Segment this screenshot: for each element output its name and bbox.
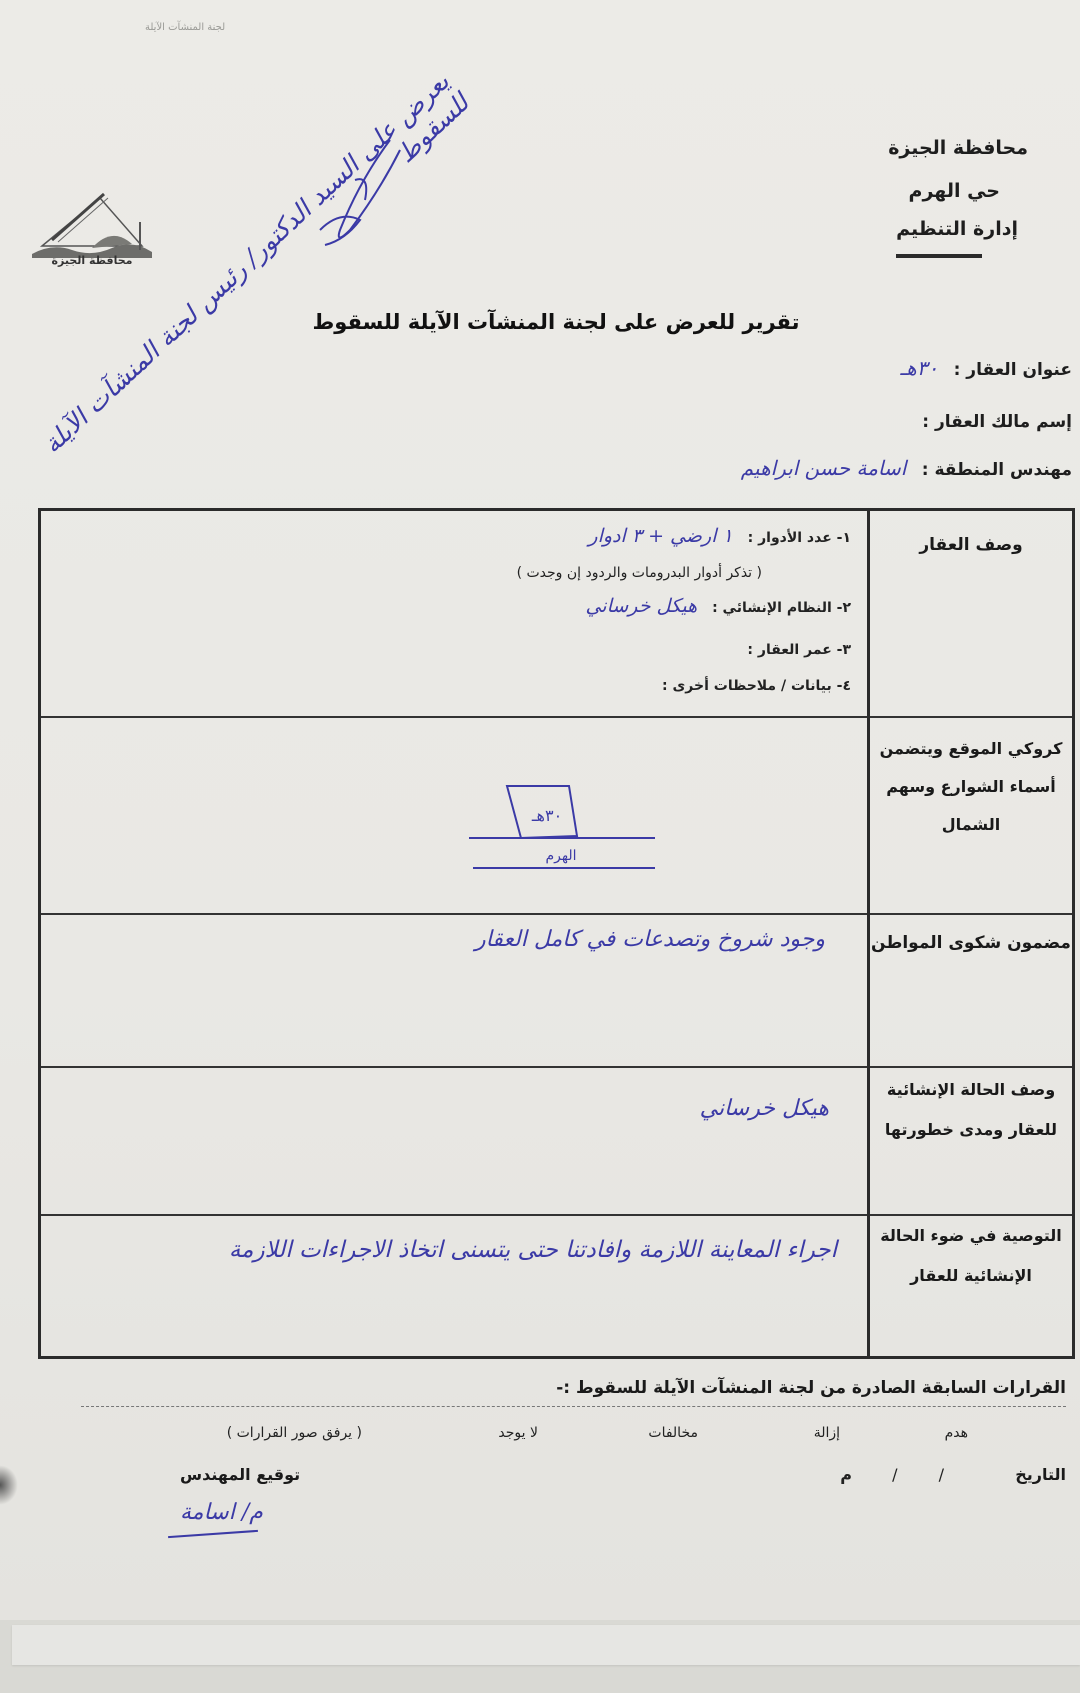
property-address-field: عنوان العقار : ٣٠هـ <box>900 356 1072 380</box>
other-notes-item: ٤- بيانات / ملاحظات أخرى : <box>652 673 851 695</box>
date-value: / / <box>892 1465 962 1484</box>
basement-note: ( تذكر أدوار البدرومات والردود إن وجدت ) <box>517 565 762 581</box>
governorate-name: محافظة الجيزة <box>888 137 1028 159</box>
table-row-site-sketch: كروكي الموقع ويتضمن أسماء الشوارع وسهم ا… <box>41 716 1072 915</box>
option-violations: مخالفات <box>648 1425 698 1441</box>
date-suffix: م <box>840 1465 852 1484</box>
table-row-recommendation: التوصية في ضوء الحالة الإنشائية للعقار ا… <box>41 1214 1072 1356</box>
row-body: اجراء المعاينة اللازمة وافادتنا حتى يتسن… <box>41 1214 867 1356</box>
table-row-structural-condition: وصف الحالة الإنشائية للعقار ومدى خطورتها… <box>41 1066 1072 1216</box>
option-demolition: هدم <box>945 1425 968 1441</box>
property-owner-field: إسم مالك العقار : <box>912 408 1072 432</box>
property-address-value: ٣٠هـ <box>900 356 938 380</box>
report-form-table: وصف العقار ١- عدد الأدوار : ١ ارضي + ٣ ا… <box>38 508 1075 1359</box>
area-engineer-label: مهندس المنطقة : <box>922 460 1072 480</box>
signature-underline <box>168 1530 258 1538</box>
date-label: التاريخ <box>1015 1465 1066 1484</box>
department-name: إدارة التنظيم <box>896 218 1018 240</box>
row-label: وصف الحالة الإنشائية للعقار ومدى خطورتها <box>867 1066 1072 1214</box>
item-label: ٤- بيانات / ملاحظات أخرى : <box>662 678 851 694</box>
previous-decisions-underline <box>81 1406 1066 1407</box>
recommendation-text: اجراء المعاينة اللازمة وافادتنا حتى يتسن… <box>77 1224 837 1276</box>
sketch-street-label: الهرم <box>545 848 576 864</box>
complaint-text: وجود شروخ وتصدعات في كامل العقار <box>475 927 825 952</box>
row-body: ٣٠هـ الهرم <box>41 716 867 913</box>
item-label: ٢- النظام الإنشائي : <box>712 600 851 616</box>
document-sheet: لجنة المنشآت الآيلة محافظة الجيزة حي اله… <box>0 0 1080 1620</box>
paper-smudge <box>0 1465 18 1505</box>
row-label: كروكي الموقع ويتضمن أسماء الشوارع وسهم ا… <box>867 716 1072 913</box>
header-underline <box>896 254 982 258</box>
item-value: هيكل خرساني <box>585 595 697 617</box>
faint-header-text: لجنة المنشآت الآيلة <box>145 22 225 33</box>
engineer-signature: م/ اسامة <box>180 1500 263 1525</box>
option-attach-decisions: ( يرفق صور القرارات ) <box>227 1425 362 1441</box>
area-engineer-field: مهندس المنطقة : اسامة حسن ابراهيم <box>741 456 1072 480</box>
previous-decisions-title: القرارات السابقة الصادرة من لجنة المنشآت… <box>556 1378 1066 1398</box>
area-engineer-value: اسامة حسن ابراهيم <box>741 456 907 480</box>
sketch-building-label: ٣٠هـ <box>531 806 562 825</box>
referral-signature-icon <box>300 120 420 250</box>
item-value: ١ ارضي + ٣ ادوار <box>588 525 732 547</box>
option-none: لا يوجد <box>498 1425 538 1441</box>
report-title: تقرير للعرض على لجنة المنشآت الآيلة للسق… <box>296 310 816 334</box>
underlying-paper-edge <box>12 1625 1080 1665</box>
row-label: مضمون شكوى المواطن <box>867 913 1072 1066</box>
floors-count-item: ١- عدد الأدوار : ١ ارضي + ٣ ادوار <box>588 525 851 547</box>
row-label: التوصية في ضوء الحالة الإنشائية للعقار <box>867 1214 1072 1356</box>
property-address-label: عنوان العقار : <box>954 360 1072 380</box>
property-owner-label: إسم مالك العقار : <box>922 412 1072 432</box>
site-sketch-icon: ٣٠هـ الهرم <box>459 776 659 896</box>
row-body: ١- عدد الأدوار : ١ ارضي + ٣ ادوار ( تذكر… <box>41 511 867 716</box>
structural-condition-text: هيكل خرساني <box>700 1096 829 1121</box>
option-removal: إزالة <box>814 1425 840 1441</box>
engineer-signature-label: توقيع المهندس <box>180 1465 300 1484</box>
table-row-property-description: وصف العقار ١- عدد الأدوار : ١ ارضي + ٣ ا… <box>41 511 1072 718</box>
district-name: حي الهرم <box>909 180 1000 202</box>
row-label: وصف العقار <box>867 511 1072 716</box>
table-row-citizen-complaint: مضمون شكوى المواطن وجود شروخ وتصدعات في … <box>41 913 1072 1068</box>
row-body: وجود شروخ وتصدعات في كامل العقار <box>41 913 867 1066</box>
structural-system-item: ٢- النظام الإنشائي : هيكل خرساني <box>585 595 851 617</box>
row-body: هيكل خرساني <box>41 1066 867 1214</box>
item-label: ٣- عمر العقار : <box>747 642 851 658</box>
property-age-item: ٣- عمر العقار : <box>737 637 851 659</box>
logo-caption: محافظة الجيزة <box>24 254 160 267</box>
item-label: ١- عدد الأدوار : <box>748 530 851 546</box>
